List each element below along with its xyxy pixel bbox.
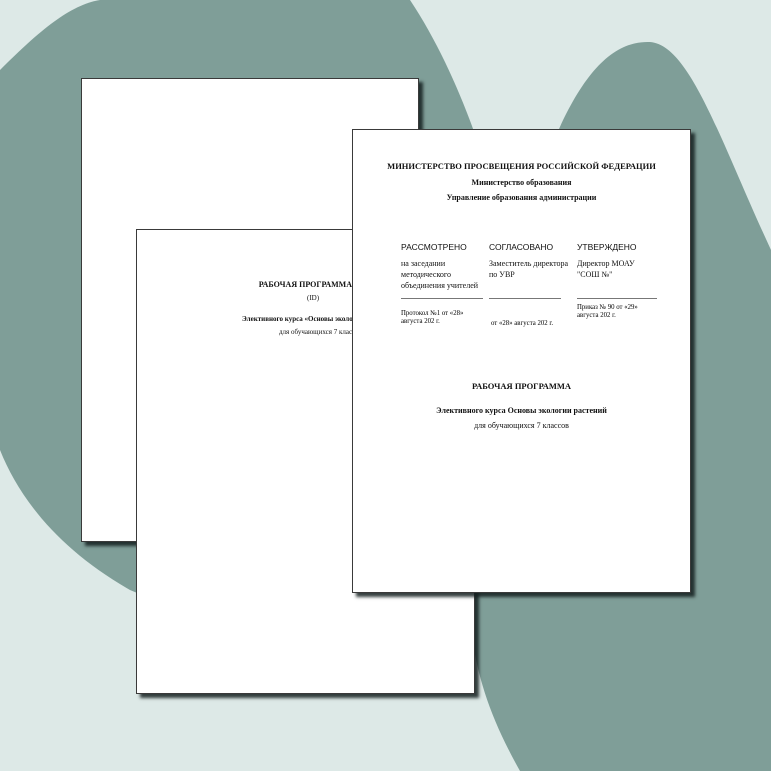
approval-desc-2: Заместитель директора по УВР <box>489 258 573 280</box>
approval-footer-3: Приказ № 90 от «29» августа 202 г. <box>577 304 649 320</box>
approval-footer-2: от «28» августа 202 г. <box>491 320 581 328</box>
approval-desc-3: Директор МОАУ "СОШ №" <box>577 258 651 280</box>
program-audience: для обучающихся 7 классов <box>353 421 690 430</box>
department: Управление образования администрации <box>353 193 690 202</box>
ministry-heading: МИНИСТЕРСТВО ПРОСВЕЩЕНИЯ РОССИЙСКОЙ ФЕДЕ… <box>353 161 690 171</box>
approval-desc-1: на заседании методического объединения у… <box>401 258 487 291</box>
signature-line-2 <box>489 298 561 299</box>
signature-line-1 <box>401 298 483 299</box>
approval-footer-1: Протокол №1 от «28» августа 202 г. <box>401 310 473 326</box>
document-page-front: МИНИСТЕРСТВО ПРОСВЕЩЕНИЯ РОССИЙСКОЙ ФЕДЕ… <box>352 129 691 593</box>
approval-heading-1: РАССМОТРЕНО <box>401 242 467 252</box>
program-course: Элективного курса Основы экологии растен… <box>353 406 690 415</box>
middle-title: РАБОЧАЯ ПРОГРАММА <box>137 280 352 289</box>
middle-audience: для обучающихся 7 классов <box>279 328 362 336</box>
ministry-sub: Министерство образования <box>353 178 690 187</box>
signature-line-3 <box>577 298 657 299</box>
program-title: РАБОЧАЯ ПРОГРАММА <box>353 381 690 391</box>
approval-heading-3: УТВЕРЖДЕНО <box>577 242 637 252</box>
middle-id: (ID) <box>307 294 319 302</box>
approval-heading-2: СОГЛАСОВАНО <box>489 242 553 252</box>
